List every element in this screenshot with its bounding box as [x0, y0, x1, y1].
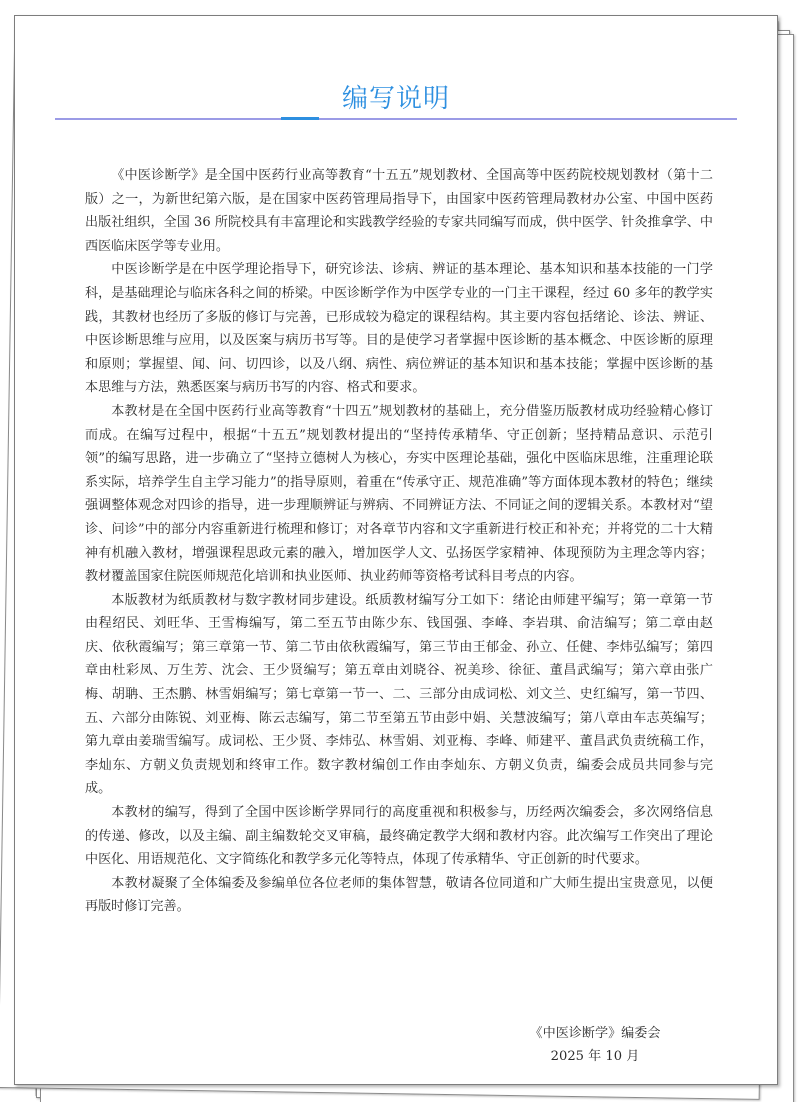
signoff: 《中医诊断学》编委会 2025 年 10 月 [495, 1022, 695, 1068]
document-page: 编写说明 《中医诊断学》是全国中医药行业高等教育“十五五”规划教材、全国高等中医… [14, 15, 778, 1085]
signoff-committee: 《中医诊断学》编委会 [495, 1022, 695, 1045]
paragraph-closing: 本教材凝聚了全体编委及参编单位各位老师的集体智慧，敬请各位同道和广大师生提出宝贵… [85, 872, 713, 919]
paragraph-intro: 《中医诊断学》是全国中医药行业高等教育“十五五”规划教材、全国高等中医药院校规划… [85, 164, 713, 258]
paragraph-discipline: 中医诊断学是在中医学理论指导下，研究诊法、诊病、辨证的基本理论、基本知识和基本技… [85, 258, 713, 400]
title-divider [55, 118, 737, 120]
signoff-date: 2025 年 10 月 [495, 1045, 695, 1068]
title-divider-accent [281, 117, 319, 120]
document-body: 《中医诊断学》是全国中医药行业高等教育“十五五”规划教材、全国高等中医药院校规划… [85, 164, 713, 919]
paragraph-revision: 本教材是在全国中医药行业高等教育“十四五”规划教材的基础上，充分借鉴历版教材成功… [85, 400, 713, 589]
paragraph-authors: 本版教材为纸质教材与数字教材同步建设。纸质教材编写分工如下：绪论由师建平编写；第… [85, 589, 713, 801]
page-title: 编写说明 [15, 78, 777, 115]
paragraph-process: 本教材的编写，得到了全国中医诊断学界同行的高度重视和积极参与，历经两次编委会，多… [85, 801, 713, 872]
